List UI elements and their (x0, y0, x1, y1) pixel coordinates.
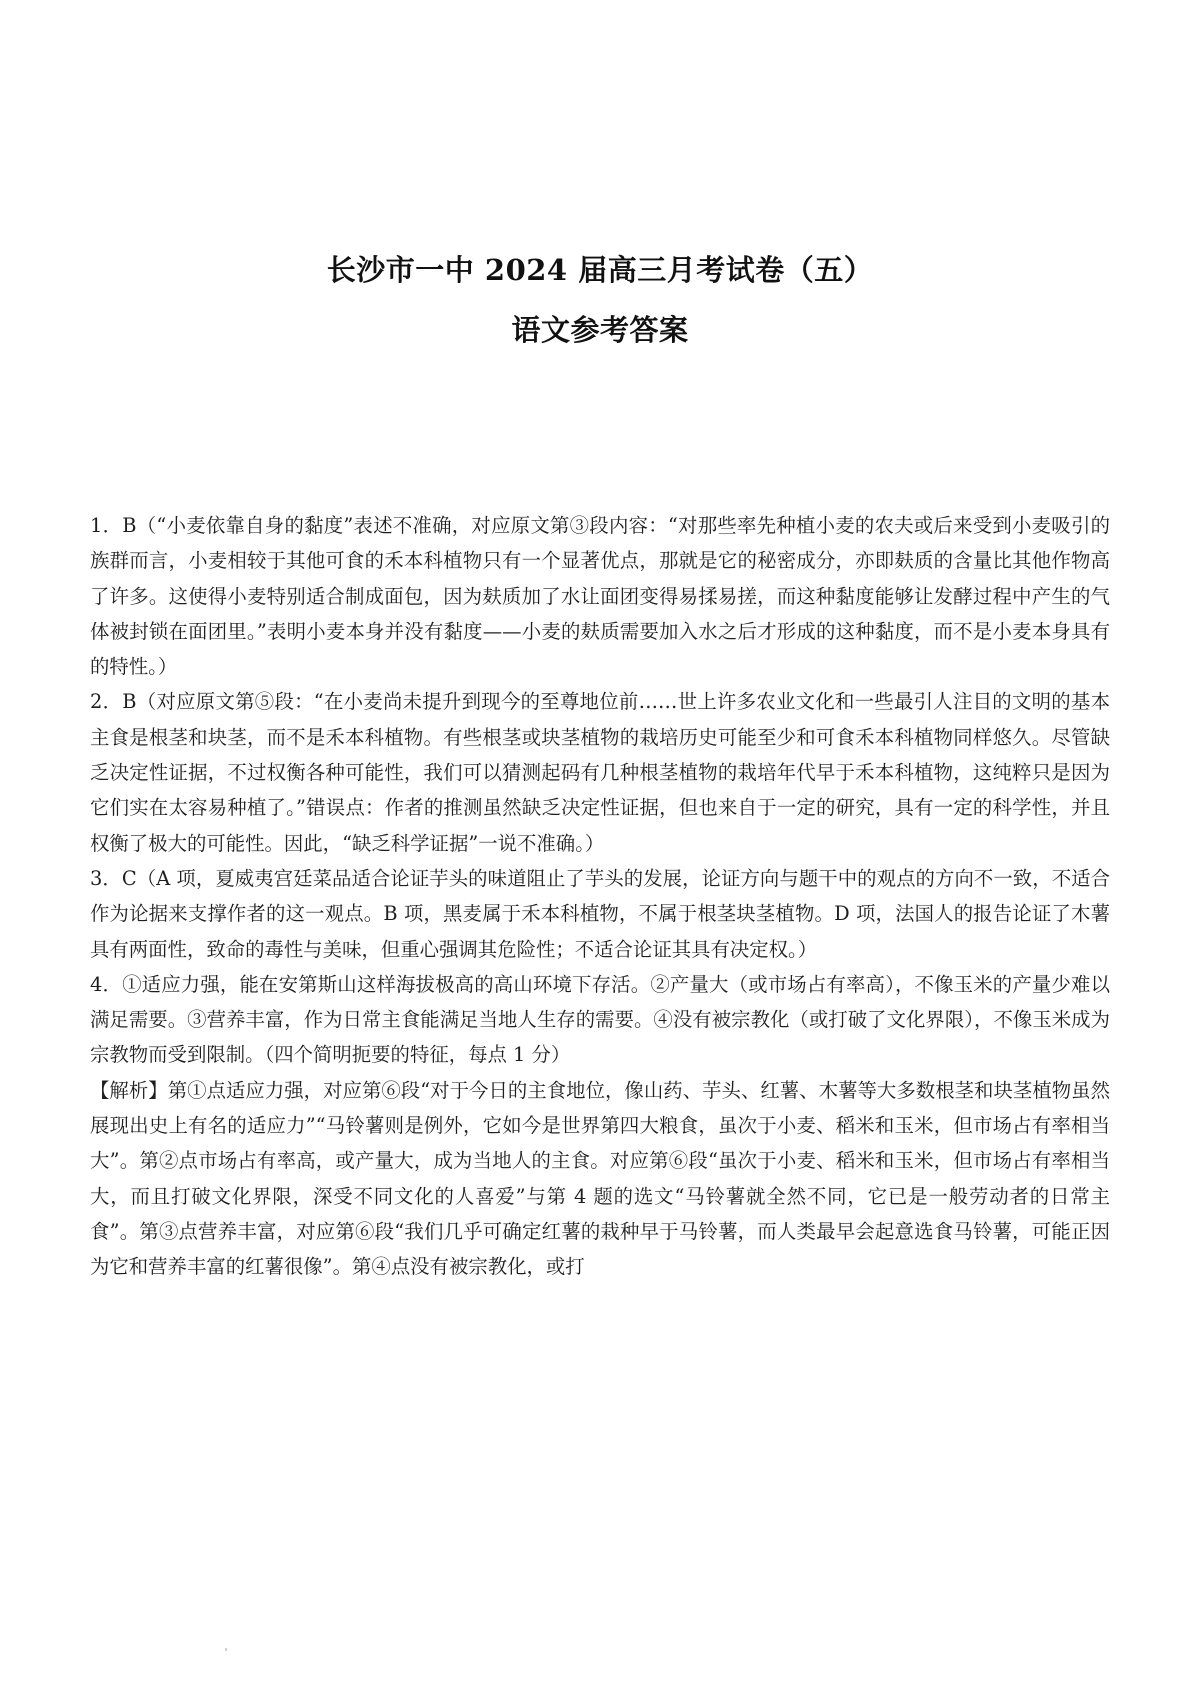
answer-label: 3．C (90, 867, 137, 890)
analysis-text: 第①点适应力强，对应第⑥段“对于今日的主食地位，像山药、芋头、红薯、木薯等大多数… (90, 1079, 1110, 1278)
answer-text: （“小麦依靠自身的黏度”表述不准确，对应原文第③段内容：“对那些率先种植小麦的农… (90, 514, 1110, 678)
answer-list: 1．B（“小麦依靠自身的黏度”表述不准确，对应原文第③段内容：“对那些率先种植小… (90, 508, 1110, 1285)
answer-item-4: 4．①适应力强，能在安第斯山这样海拔极高的高山环境下存活。②产量大（或市场占有率… (90, 967, 1110, 1073)
footer-mark (225, 1648, 227, 1651)
document-page: 长沙市一中 2024 届高三月考试卷（五） 语文参考答案 1．B（“小麦依靠自身… (0, 0, 1200, 1698)
answer-text: （对应原文第⑤段：“在小麦尚未提升到现今的至尊地位前……世上许多农业文化和一些最… (90, 690, 1110, 854)
answer-label: 1．B (90, 514, 137, 537)
answer-item-3: 3．C（A 项，夏威夷宫廷菜品适合论证芋头的味道阻止了芋头的发展，论证方向与题干… (90, 861, 1110, 967)
answer-label: 4． (90, 973, 122, 996)
answer-text: （A 项，夏威夷宫廷菜品适合论证芋头的味道阻止了芋头的发展，论证方向与题干中的观… (90, 867, 1110, 961)
analysis-paragraph: 【解析】第①点适应力强，对应第⑥段“对于今日的主食地位，像山药、芋头、红薯、木薯… (90, 1073, 1110, 1285)
answer-text: ①适应力强，能在安第斯山这样海拔极高的高山环境下存活。②产量大（或市场占有率高）… (90, 973, 1110, 1067)
answer-item-1: 1．B（“小麦依靠自身的黏度”表述不准确，对应原文第③段内容：“对那些率先种植小… (90, 508, 1110, 684)
answer-item-2: 2．B（对应原文第⑤段：“在小麦尚未提升到现今的至尊地位前……世上许多农业文化和… (90, 684, 1110, 860)
document-subtitle: 语文参考答案 (0, 308, 1200, 349)
document-title: 长沙市一中 2024 届高三月考试卷（五） (0, 248, 1200, 289)
analysis-label: 【解析】 (90, 1079, 168, 1102)
answer-label: 2．B (90, 690, 137, 713)
